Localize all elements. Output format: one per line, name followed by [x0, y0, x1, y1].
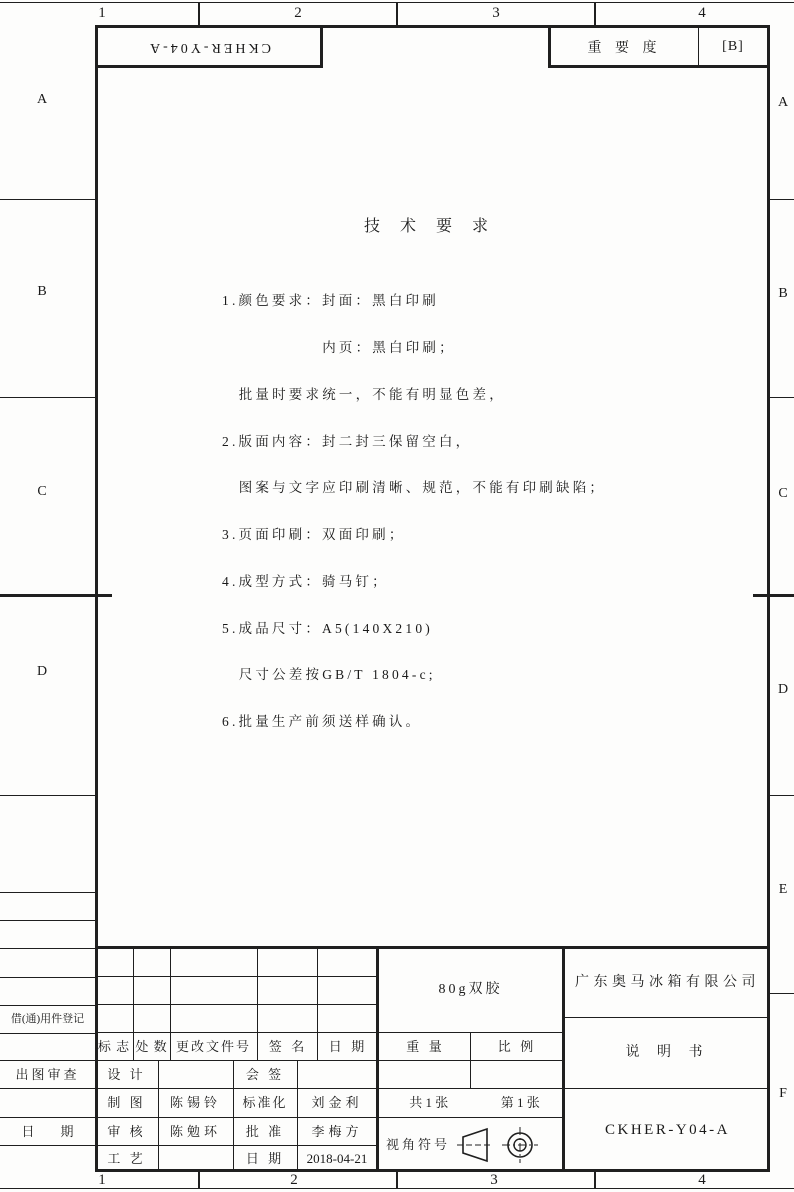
doc-title: 说 明 书: [565, 1017, 770, 1088]
zone-number-bottom-4: 4: [692, 1172, 712, 1189]
zone-letter-right-e: E: [771, 880, 794, 900]
margin-line: [0, 397, 95, 398]
table-line: [95, 976, 377, 977]
revision-col-mark: 标 志: [95, 1032, 133, 1060]
zone-tick: [396, 1170, 398, 1189]
tech-line: 2.版面内容：封二封三保留空白，: [222, 434, 606, 450]
margin-line: [770, 795, 794, 796]
sig-date-label: 日 期: [233, 1145, 297, 1172]
tech-requirements-text: 1.颜色要求：封面：黑白印刷 内页：黑白印刷； 批量时要求统一，不能有明显色差，…: [222, 262, 606, 761]
zone-tick: [594, 2, 596, 25]
zone-number-top-1: 1: [92, 5, 112, 22]
view-symbol-label: 视角符号: [386, 1138, 450, 1151]
process-name: [158, 1145, 233, 1172]
margin-line: [0, 199, 95, 200]
tech-line: 内页：黑白印刷；: [222, 340, 606, 356]
importance-label: 重 要 度: [551, 28, 699, 65]
company-name: 广东奥马冰箱有限公司: [565, 948, 770, 1017]
zone-tick: [198, 1170, 200, 1189]
strip-line: [0, 920, 95, 921]
table-line: [95, 1004, 377, 1005]
view-symbol-cell: 视角符号: [379, 1117, 569, 1172]
margin-line: [770, 397, 794, 398]
tech-line: 1.颜色要求：封面：黑白印刷: [222, 293, 606, 309]
doc-code-inverted-text: CKHER-Y04-A: [147, 39, 271, 55]
approve-label: 批 准: [233, 1117, 297, 1145]
weight-label: 重 量: [379, 1032, 470, 1060]
importance-value: [B]: [699, 28, 767, 65]
zone-letter-right-f: F: [771, 1084, 794, 1104]
strip-line: [0, 1145, 95, 1146]
doc-code-box: CKHER-Y04-A: [95, 25, 323, 68]
zone-letter-right-d: D: [771, 680, 794, 700]
strip-line: [0, 1088, 95, 1089]
zone-number-bottom-2: 2: [284, 1172, 304, 1189]
margin-line: [770, 993, 794, 994]
check-name: 陈勉环: [158, 1117, 233, 1145]
design-label: 设 计: [95, 1060, 158, 1088]
zone-number-top-2: 2: [288, 5, 308, 22]
drawing-number: CKHER-Y04-A: [565, 1088, 770, 1172]
tech-line: 批量时要求统一，不能有明显色差，: [222, 387, 606, 403]
zone-number-top-3: 3: [486, 5, 506, 22]
margin-date-label: 日 期: [0, 1117, 95, 1145]
margin-line: [770, 199, 794, 200]
zone-tick: [594, 1170, 596, 1189]
zone-letter-left-a: A: [30, 90, 54, 110]
draft-label: 制 图: [95, 1088, 158, 1117]
zone-letter-left-b: B: [30, 282, 54, 302]
tech-requirements-title: 技 术 要 求: [340, 216, 520, 238]
importance-box: 重 要 度 [B]: [548, 25, 770, 68]
zone-letter-left-d: D: [30, 662, 54, 682]
process-label: 工 艺: [95, 1145, 158, 1172]
strip-line: [0, 977, 95, 978]
design-name: [158, 1060, 233, 1088]
approve-name: 李梅方: [297, 1117, 377, 1145]
zone-letter-left-c: C: [30, 482, 54, 502]
revision-col-count: 处 数: [133, 1032, 170, 1060]
revision-col-signature: 签 名: [257, 1032, 317, 1060]
tech-line: 3.页面印刷：双面印刷；: [222, 527, 606, 543]
standardize-label: 标准化: [233, 1088, 297, 1117]
revision-col-doc-no: 更改文件号: [170, 1032, 257, 1060]
countersign-label: 会 签: [233, 1060, 297, 1088]
zone-letter-right-c: C: [771, 484, 794, 504]
issue-review-label: 出图审查: [0, 1060, 95, 1088]
strip-line: [0, 1033, 95, 1034]
zone-tick: [198, 2, 200, 25]
first-angle-frustum-icon: [456, 1099, 494, 1191]
zone-tick: [396, 2, 398, 25]
tech-line: 5.成品尺寸：A5(140X210): [222, 621, 606, 637]
tech-line: 4.成型方式：骑马钉；: [222, 574, 606, 590]
sheets-total: 共 1 张: [409, 1096, 448, 1109]
draft-name: 陈锡铃: [158, 1088, 233, 1117]
zone-letter-right-b: B: [771, 284, 794, 304]
zone-letter-right-a: A: [771, 93, 794, 113]
revision-col-date: 日 期: [317, 1032, 377, 1060]
sig-date-value: 2018-04-21: [297, 1145, 377, 1172]
tech-line: 6.批量生产前须送样确认。: [222, 714, 606, 730]
margin-line: [0, 795, 95, 796]
tech-line: 尺寸公差按GB/T 1804-c;: [222, 667, 606, 683]
drawing-sheet: 1 2 3 4 1 2 3 4 A B C D A B C D E F CKHE…: [0, 0, 794, 1192]
material-cell: 80g双胶: [379, 948, 562, 1032]
countersign-name: [297, 1060, 377, 1088]
zone-number-top-4: 4: [692, 5, 712, 22]
scale-label: 比 例: [470, 1032, 562, 1060]
strip-line: [0, 892, 95, 893]
tech-line: 图案与文字应印刷清晰、规范，不能有印刷缺陷；: [222, 480, 606, 496]
standardize-name: 刘金利: [297, 1088, 377, 1117]
strip-line: [0, 948, 95, 949]
borrowed-parts-label: 借(通)用件登记: [0, 1005, 95, 1033]
concentric-target-icon: [500, 1099, 540, 1191]
check-label: 审 核: [95, 1117, 158, 1145]
zone-number-bottom-1: 1: [92, 1172, 112, 1189]
